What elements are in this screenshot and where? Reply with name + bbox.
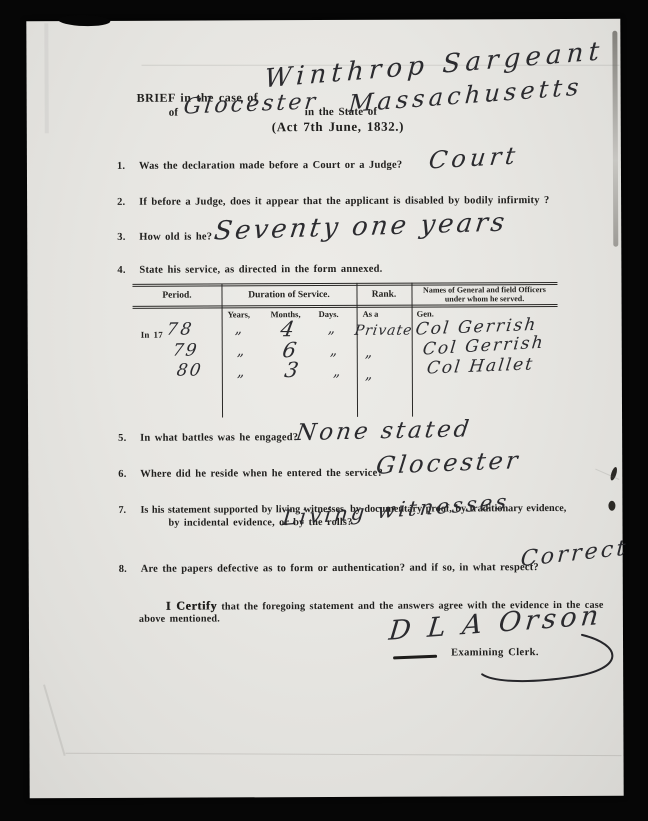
question-6-text: Where did he reside when he entered the … [140, 468, 383, 480]
question-1-number: 1. [117, 161, 139, 172]
question-5-number: 5. [118, 433, 140, 444]
question-5: 5.In what battles was he engaged? [118, 432, 298, 444]
row3-days-ditto: „ [333, 364, 340, 380]
question-2: 2.If before a Judge, does it appear that… [117, 195, 549, 208]
question-6-number: 6. [118, 469, 140, 480]
torn-edge-notch [58, 14, 110, 27]
question-5-text: In what battles was he engaged? [140, 432, 298, 444]
right-fold-crease [612, 31, 618, 247]
question-6: 6.Where did he reside when he entered th… [118, 468, 383, 480]
table-header-rule [133, 304, 558, 309]
of-label: of [169, 107, 179, 119]
row2-period: 79 [171, 341, 199, 361]
certification-line2: above mentioned. [139, 613, 220, 624]
town-handwriting: Glocester [182, 89, 319, 119]
question-8: 8.Are the papers defective as to form or… [119, 562, 539, 575]
left-edge-shadow [44, 23, 48, 133]
row3-rank-ditto: „ [365, 367, 372, 383]
column-header-period: Period. [132, 290, 221, 301]
document-scan: BRIEF in the case of Winthrop Sargeant o… [0, 0, 648, 821]
row2-days-ditto: „ [330, 343, 337, 359]
certify-word: I Certify [166, 598, 217, 612]
row3-officer: Col Hallet [426, 354, 536, 378]
question-1-text: Was the declaration made before a Court … [139, 160, 402, 172]
column-header-officers: Names of General and field Officers unde… [413, 285, 555, 304]
subheader-days: Days. [319, 309, 339, 319]
row1-years-ditto: „ [235, 321, 242, 337]
question-8-number: 8. [119, 564, 141, 575]
inner-sheet-bottom-edge [66, 753, 622, 756]
row2-years-ditto: „ [237, 343, 244, 359]
question-3-number: 3. [117, 232, 139, 243]
subheader-years: Years, [228, 309, 250, 319]
question-8-text: Are the papers defective as to form or a… [141, 562, 539, 575]
row1-period: 78 [165, 320, 195, 340]
answer-6-handwriting: Glocester [375, 446, 523, 480]
row1-period-printed: In 17 [141, 330, 163, 340]
column-header-duration: Duration of Service. [221, 290, 356, 302]
row1-days-ditto: „ [328, 321, 335, 337]
answer-8-handwriting: Correct [520, 536, 629, 572]
table-divider-1 [221, 283, 223, 417]
question-3-text: How old is he? [139, 231, 212, 242]
question-2-number: 2. [117, 197, 139, 208]
bottom-left-fold [43, 684, 66, 756]
examining-clerk-label: Examining Clerk. [451, 647, 539, 658]
row3-period: 80 [175, 361, 203, 381]
question-2-text: If before a Judge, does it appear that t… [139, 195, 549, 208]
answer-5-handwriting: None stated [294, 416, 473, 446]
row1-rank: Private [353, 323, 413, 339]
question-4-number: 4. [117, 265, 139, 276]
question-4-text: State his service, as directed in the fo… [139, 264, 382, 276]
subheader-officers: Gen. [417, 309, 434, 319]
act-line: (Act 7th June, 1832.) [272, 119, 404, 136]
table-divider-2 [356, 283, 358, 417]
answer-7-handwriting: Living witnesses [281, 490, 510, 531]
question-1: 1.Was the declaration made before a Cour… [117, 160, 402, 172]
row3-months: 3 [283, 358, 301, 382]
question-7-number: 7. [118, 505, 140, 516]
row2-rank-ditto: „ [365, 345, 372, 361]
subheader-rank: As a [363, 309, 379, 319]
answer-3-handwriting: Seventy one years [212, 208, 509, 247]
service-table: Period. Duration of Service. Rank. Names… [132, 282, 558, 418]
answer-1-handwriting: Court [427, 141, 520, 174]
question-3: 3.How old is he? [117, 231, 212, 242]
right-edge-mark-2 [608, 501, 615, 511]
question-4: 4.State his service, as directed in the … [117, 264, 382, 276]
paper-sheet: BRIEF in the case of Winthrop Sargeant o… [26, 19, 623, 799]
row3-years-ditto: „ [237, 364, 244, 380]
column-header-rank: Rank. [356, 290, 411, 301]
